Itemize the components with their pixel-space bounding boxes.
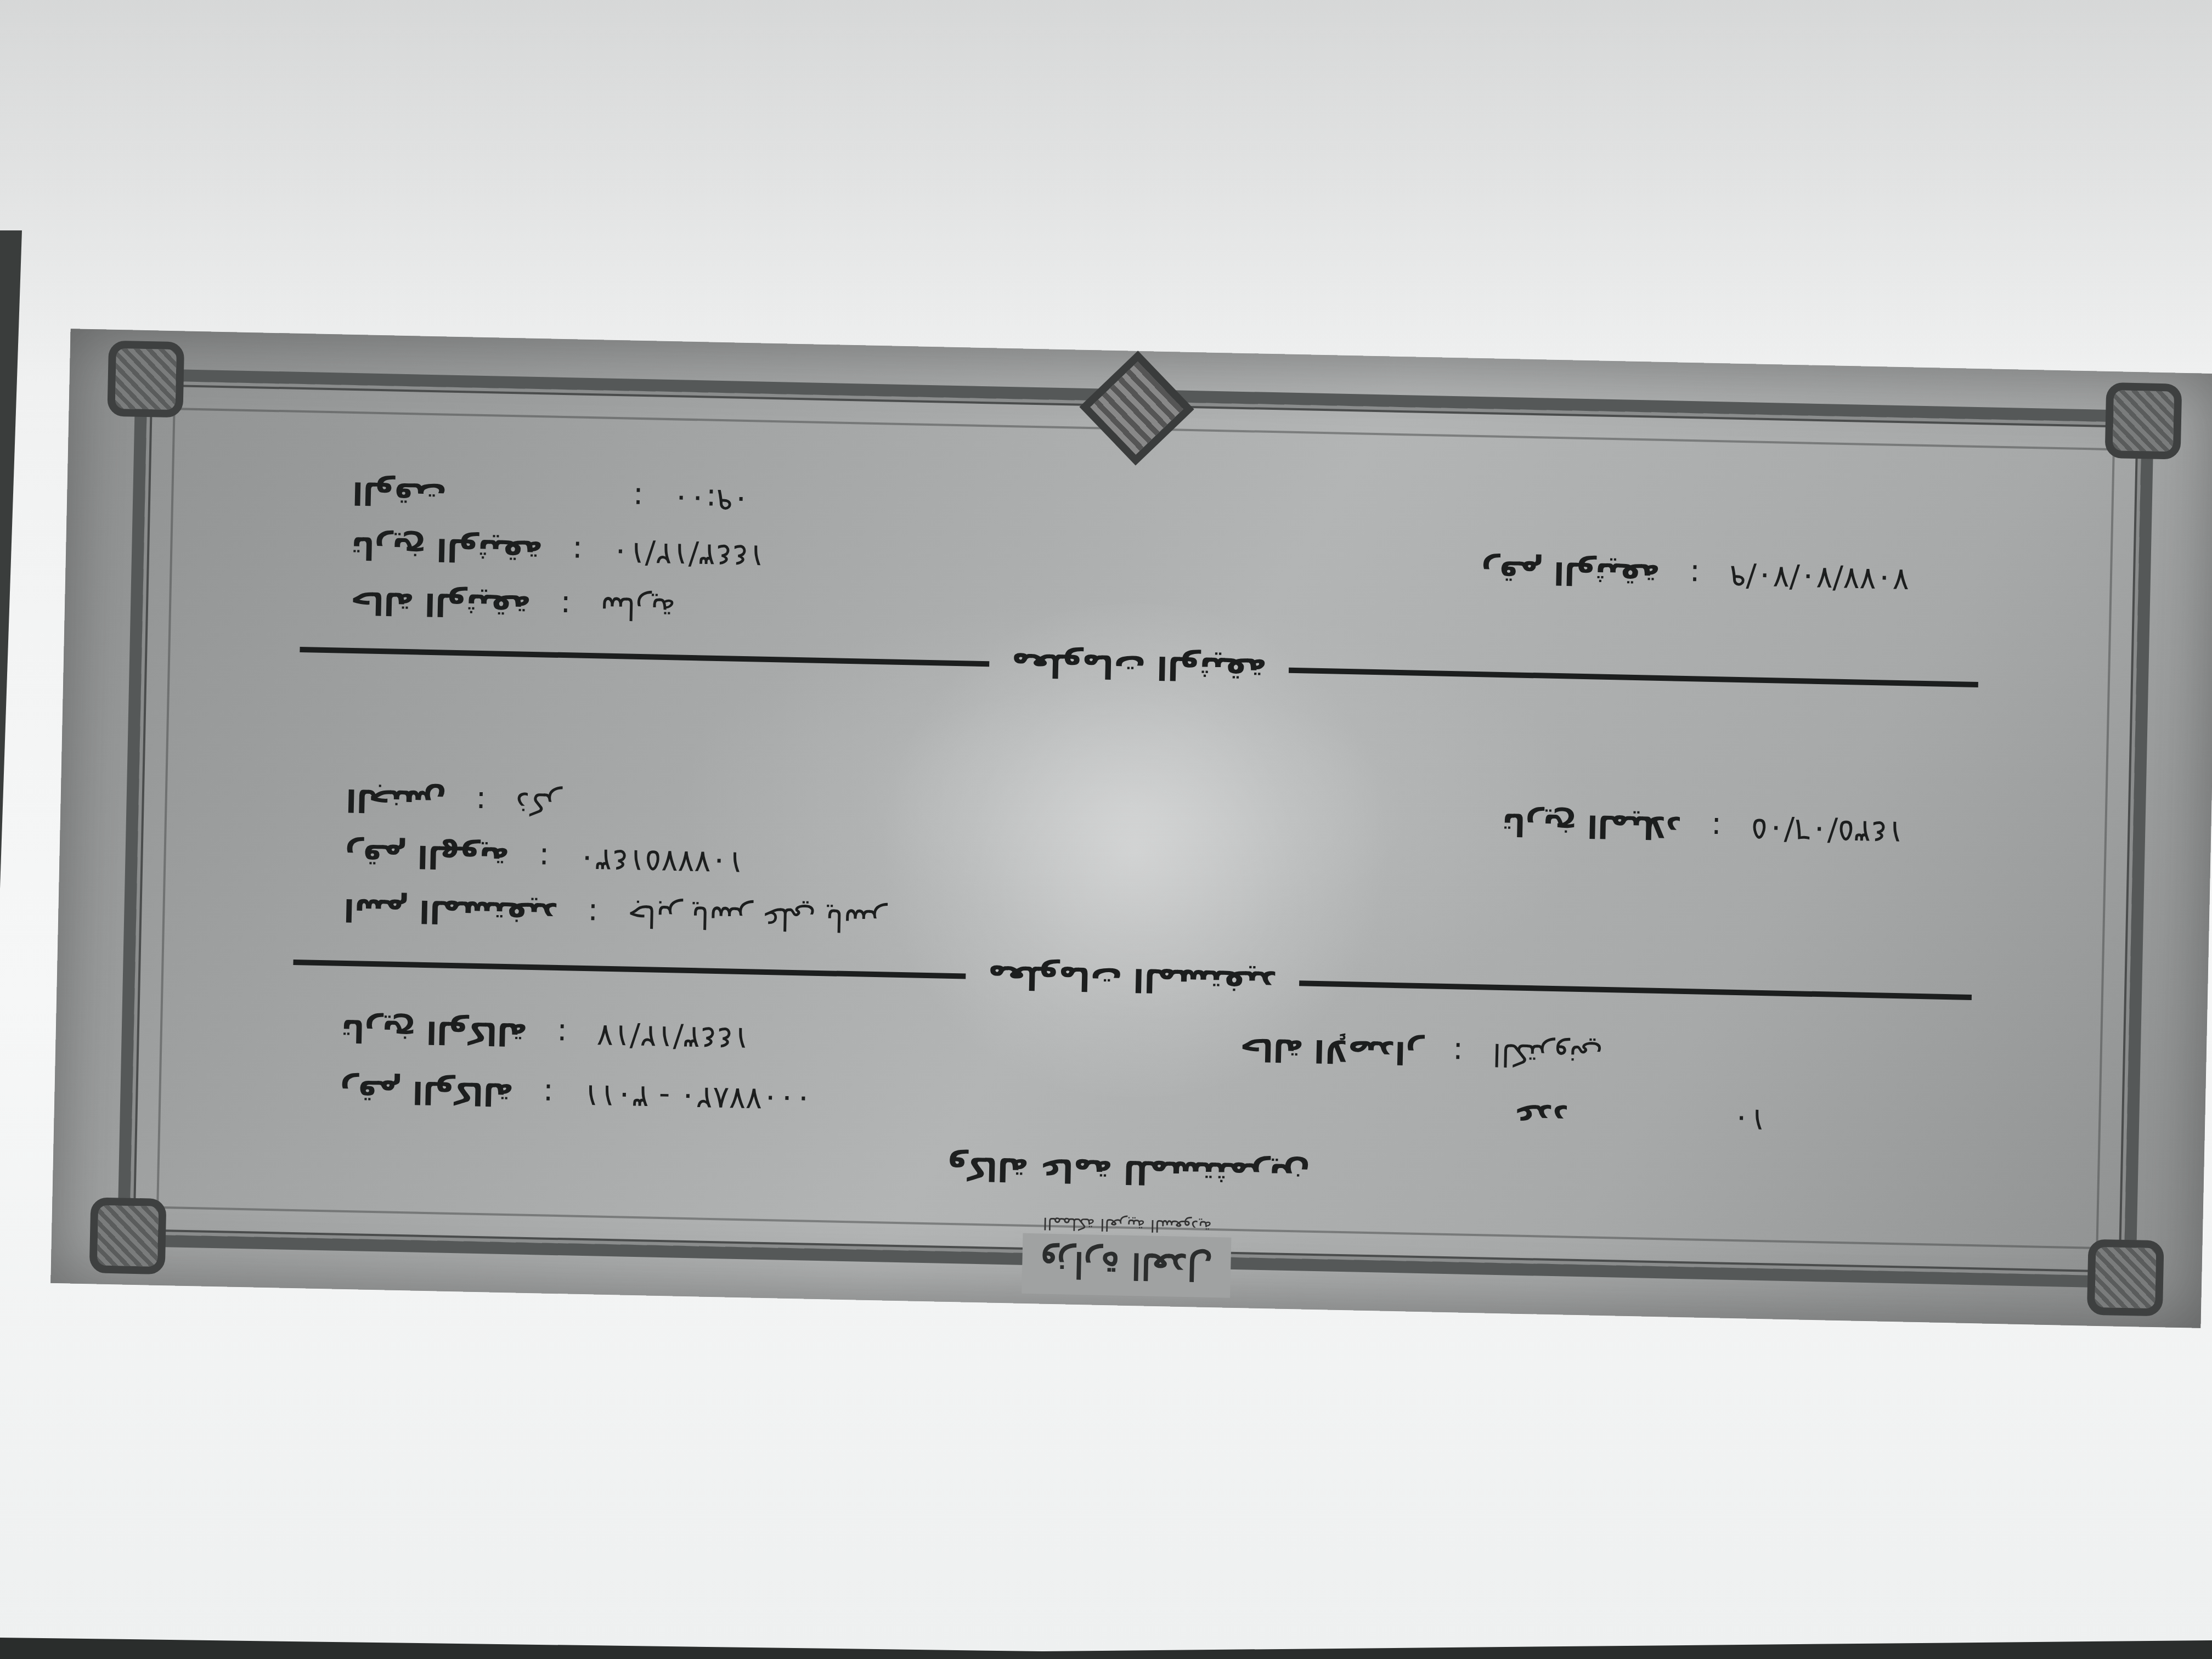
paper-shadow [0,0,2212,384]
field-label: رقم الهوية [345,837,510,876]
field-id-number: رقم الهوية: ١٠٧٧٧٥١٤٣٠ [345,837,744,881]
field-value: جابر ياسر علي ياسر [627,898,886,939]
field-label: تاريخ الميلاد [1502,806,1681,845]
field-beneficiary-name: اسم المستفيد: جابر ياسر علي ياسر [343,891,887,939]
field-value: ١٤٤٣/١٢/١٧ [596,1018,750,1057]
field-label: عدد [1514,1097,1569,1134]
section-title: معلومات المستفيد [988,958,1277,1001]
field-label: حالة الوثيقة [350,584,532,624]
field-label: رقم الوثيقة [1481,553,1660,592]
field-value: ٠٩:٠٠ [673,481,750,518]
field-time: الوقت: ٠٩:٠٠ [352,475,750,518]
field-agency-number: رقم الوكالة: ٣٠١١ - ٠٠٠٧٧٨٢٠ [340,1073,812,1118]
field-agency-date: تاريخ الوكالة: ١٤٤٣/١٢/١٧ [341,1012,750,1057]
section-title: معلومات الوثيقة [1011,646,1267,689]
field-gender: الجنس: ذكر [346,782,561,822]
field-label: الجنس [346,782,447,820]
field-value: الكتروني [1492,1036,1603,1074]
field-label: حالة الإصدار [1239,1031,1424,1070]
field-value: ١٠ [1733,1102,1767,1138]
field-value: ذكر [516,785,562,822]
field-document-number: رقم الوثيقة: ٧٠٧٧/٧٠/٧٠/٩ [1481,553,1909,597]
field-document-date: تاريخ الوثيقة: ١٤٤٣/١٢/١٠ [351,529,765,574]
divider [300,647,989,667]
section-document: معلومات الوثيقة [300,631,1979,703]
field-issue-count: عدد ١٠ [1514,1097,1767,1138]
field-value: سارية [600,589,676,627]
field-document-status: حالة الوثيقة: سارية [350,584,676,627]
divider [293,960,966,979]
divider [1289,668,1978,687]
field-label: الوقت [352,475,447,512]
field-value: ٣٠١١ - ٠٠٠٧٧٨٢٠ [583,1077,812,1118]
field-label: اسم المستفيد [343,891,558,932]
section-beneficiary: معلومات المستفيد [293,944,1972,1016]
document-content: رقم الوكالة: ٣٠١١ - ٠٠٠٧٧٨٢٠ عدد ١٠ تاري… [50,329,2212,1328]
divider [1299,980,1972,1000]
field-value: ١٤٤٣/١٢/١٠ [612,535,765,574]
field-value: ٧٠٧٧/٧٠/٧٠/٩ [1729,558,1910,598]
field-birth-date: تاريخ الميلاد: ١٤٣٥/٠٦/٠٥ [1502,806,1904,850]
field-label: تاريخ الوكالة [341,1012,527,1052]
field-value: ١٤٣٥/٠٦/٠٥ [1751,811,1904,850]
field-value: ١٠٧٧٧٥١٤٣٠ [578,842,744,881]
field-issue-status: حالة الإصدار: الكتروني [1239,1031,1603,1074]
field-label: تاريخ الوثيقة [351,529,543,569]
field-label: رقم الوكالة [340,1073,514,1112]
printed-certificate: وزارة العدل المملكة العربية السعودية وكا… [50,329,2212,1328]
